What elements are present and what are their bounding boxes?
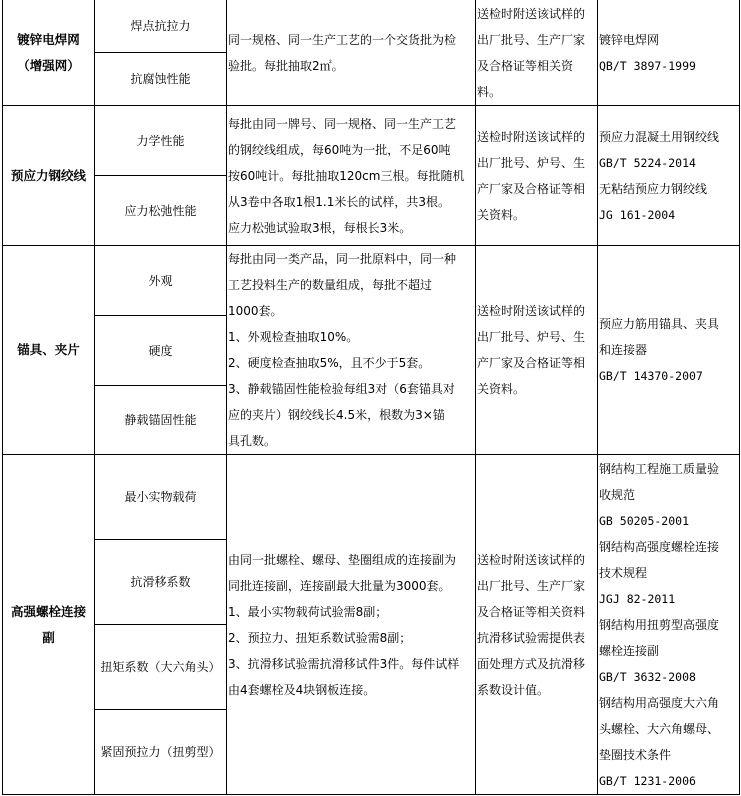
requirement-line: 1000套。	[228, 298, 474, 324]
documents-line: 出厂批号、生产厂家	[477, 573, 596, 599]
test-item-cell: 最小实物载荷	[95, 455, 227, 540]
standard-code: JGJ 82-2011	[599, 586, 738, 612]
requirement-line: 由4套螺栓及4块钢板连接。	[228, 677, 474, 703]
documents-line: 关资料。	[477, 202, 596, 228]
requirement-line: 应力松弛试验取3根，每根长3米。	[228, 215, 474, 241]
category-text: 锚具、夹片	[4, 337, 93, 363]
requirement-line: 的钢绞线组成，每60吨为一批，不足60吨	[228, 137, 474, 163]
category-text: 预应力钢绞线	[4, 163, 93, 189]
table-row: 高强螺栓连接 副 最小实物载荷 由同一批螺栓、螺母、垫圈组成的连接副为 同批连接…	[3, 455, 740, 540]
category-text: 高强螺栓连接	[4, 599, 93, 625]
test-item: 紧固预拉力（扭剪型）	[100, 745, 220, 759]
category-cell: 锚具、夹片	[3, 246, 95, 455]
requirement-cell: 由同一批螺栓、螺母、垫圈组成的连接副为 同批连接副，连接副最大批量为3000套。…	[227, 455, 476, 795]
standard-line: 螺栓连接副	[599, 638, 738, 664]
documents-line: 关资料。	[477, 376, 596, 402]
test-item: 抗滑移系数	[130, 575, 190, 589]
test-item-cell: 焊点抗拉力	[95, 0, 227, 53]
standard-line: 预应力混凝土用钢绞线	[599, 124, 738, 150]
requirement-line: 同批连接副，连接副最大批量为3000套。	[228, 573, 474, 599]
documents-line: 出厂批号、生产厂家	[477, 27, 596, 53]
requirement-line: 应的夹片）钢绞线长4.5米，根数为3×锚	[228, 402, 474, 428]
standard-line: 预应力筋用锚具、夹具	[599, 311, 738, 337]
documents-line: 料。	[477, 79, 596, 105]
documents-line: 产厂家及合格证等相	[477, 350, 596, 376]
requirement-line: 2、预拉力、扭矩系数试验需8副；	[228, 625, 474, 651]
test-item: 应力松弛性能	[124, 204, 196, 218]
standard-line: 收规范	[599, 482, 738, 508]
standard-code: GB/T 14370-2007	[599, 363, 738, 389]
requirement-line: 工艺投料生产的数量组成，每批不超过	[228, 272, 474, 298]
standard-line: 头螺栓、大六角螺母、	[599, 716, 738, 742]
requirement-line: 1、外观检查抽取10%。	[228, 324, 474, 350]
category-text: 副	[4, 625, 93, 651]
documents-line: 及合格证等相关资	[477, 53, 596, 79]
requirement-line: 1、最小实物载荷试验需8副；	[228, 599, 474, 625]
documents-line: 及合格证等相关资料	[477, 599, 596, 625]
requirement-cell: 每批由同一类产品，同一批原料中，同一种 工艺投料生产的数量组成，每批不超过 10…	[227, 246, 476, 455]
documents-line: 送检时附送该试样的	[477, 1, 596, 27]
category-cell: 镀锌电焊网 （增强网）	[3, 0, 95, 106]
documents-line: 送检时附送该试样的	[477, 547, 596, 573]
test-item: 焊点抗拉力	[130, 19, 190, 33]
table-row: 镀锌电焊网 （增强网） 焊点抗拉力 同一规格、同一生产工艺的一个交货批为检 验批…	[3, 0, 740, 53]
test-item: 扭矩系数（大六角头）	[100, 660, 220, 674]
test-item: 抗腐蚀性能	[130, 72, 190, 86]
standard-line: 垫圈技术条件	[599, 742, 738, 768]
standard-cell: 钢结构工程施工质量验 收规范 GB 50205-2001 钢结构高强度螺栓连接 …	[598, 455, 740, 795]
inspection-table: 镀锌电焊网 （增强网） 焊点抗拉力 同一规格、同一生产工艺的一个交货批为检 验批…	[2, 0, 740, 795]
standard-code: JG 161-2004	[599, 202, 738, 228]
requirement-line: 从3卷中各取1根1.1米长的试样，共3根。	[228, 189, 474, 215]
test-item-cell: 应力松弛性能	[95, 176, 227, 246]
test-item-cell: 静载锚固性能	[95, 386, 227, 455]
category-cell: 预应力钢绞线	[3, 106, 95, 246]
standard-line: 钢结构工程施工质量验	[599, 456, 738, 482]
standard-code: GB/T 3632-2008	[599, 664, 738, 690]
category-cell: 高强螺栓连接 副	[3, 455, 95, 795]
category-text: （增强网）	[4, 53, 93, 79]
requirement-line: 具孔数。	[228, 428, 474, 454]
test-item: 最小实物载荷	[124, 490, 196, 504]
standard-line: 镀锌电焊网	[599, 27, 738, 53]
test-item: 静载锚固性能	[124, 413, 196, 427]
test-item-cell: 外观	[95, 246, 227, 316]
standard-line: 钢结构用高强度大六角	[599, 690, 738, 716]
requirement-line: 按60吨计。每批抽取120cm三根。每批随机	[228, 163, 474, 189]
requirement-cell: 同一规格、同一生产工艺的一个交货批为检 验批。每批抽取2㎡。	[227, 0, 476, 106]
documents-cell: 送检时附送该试样的 出厂批号、生产厂家 及合格证等相关资料 抗滑移试验需提供表 …	[476, 455, 598, 795]
standard-cell: 镀锌电焊网 QB/T 3897-1999	[598, 0, 740, 106]
test-item-cell: 力学性能	[95, 106, 227, 176]
requirement-line: 每批由同一类产品，同一批原料中，同一种	[228, 246, 474, 272]
documents-line: 系数设计值。	[477, 677, 596, 703]
standard-line: 钢结构用扭剪型高强度	[599, 612, 738, 638]
test-item: 力学性能	[136, 134, 184, 148]
standard-cell: 预应力筋用锚具、夹具 和连接器 GB/T 14370-2007	[598, 246, 740, 455]
requirement-line: 2、硬度检查抽取5%，且不少于5套。	[228, 350, 474, 376]
documents-line: 送检时附送该试样的	[477, 298, 596, 324]
documents-line: 送检时附送该试样的	[477, 124, 596, 150]
documents-line: 出厂批号、炉号、生	[477, 150, 596, 176]
test-item-cell: 抗腐蚀性能	[95, 53, 227, 106]
test-item-cell: 扭矩系数（大六角头）	[95, 625, 227, 710]
documents-line: 抗滑移试验需提供表	[477, 625, 596, 651]
documents-cell: 送检时附送该试样的 出厂批号、生产厂家 及合格证等相关资 料。	[476, 0, 598, 106]
test-item-cell: 硬度	[95, 316, 227, 386]
documents-line: 面处理方式及抗滑移	[477, 651, 596, 677]
standard-line: 无粘结预应力钢绞线	[599, 176, 738, 202]
standard-code: GB/T 1231-2006	[599, 768, 738, 794]
requirement-line: 3、抗滑移试验需抗滑移试件3件。每件试样	[228, 651, 474, 677]
requirement-line: 验批。每批抽取2㎡。	[228, 53, 474, 79]
requirement-line: 由同一批螺栓、螺母、垫圈组成的连接副为	[228, 547, 474, 573]
standard-line: 钢结构高强度螺栓连接	[599, 534, 738, 560]
category-text: 镀锌电焊网	[4, 27, 93, 53]
table-row: 锚具、夹片 外观 每批由同一类产品，同一批原料中，同一种 工艺投料生产的数量组成…	[3, 246, 740, 316]
test-item: 外观	[148, 274, 172, 288]
table-row: 预应力钢绞线 力学性能 每批由同一牌号、同一规格、同一生产工艺 的钢绞线组成，每…	[3, 106, 740, 176]
documents-cell: 送检时附送该试样的 出厂批号、炉号、生 产厂家及合格证等相 关资料。	[476, 106, 598, 246]
standard-code: GB/T 5224-2014	[599, 150, 738, 176]
requirement-line: 3、静载锚固性能检验每组3对（6套锚具对	[228, 376, 474, 402]
requirement-cell: 每批由同一牌号、同一规格、同一生产工艺 的钢绞线组成，每60吨为一批，不足60吨…	[227, 106, 476, 246]
test-item: 硬度	[148, 344, 172, 358]
documents-cell: 送检时附送该试样的 出厂批号、炉号、生 产厂家及合格证等相 关资料。	[476, 246, 598, 455]
standard-cell: 预应力混凝土用钢绞线 GB/T 5224-2014 无粘结预应力钢绞线 JG 1…	[598, 106, 740, 246]
documents-line: 产厂家及合格证等相	[477, 176, 596, 202]
test-item-cell: 抗滑移系数	[95, 540, 227, 625]
requirement-line: 同一规格、同一生产工艺的一个交货批为检	[228, 27, 474, 53]
standard-line: 技术规程	[599, 560, 738, 586]
standard-code: GB 50205-2001	[599, 508, 738, 534]
requirement-line: 每批由同一牌号、同一规格、同一生产工艺	[228, 111, 474, 137]
standard-code: QB/T 3897-1999	[599, 53, 738, 79]
documents-line: 出厂批号、炉号、生	[477, 324, 596, 350]
test-item-cell: 紧固预拉力（扭剪型）	[95, 710, 227, 795]
standard-line: 和连接器	[599, 337, 738, 363]
